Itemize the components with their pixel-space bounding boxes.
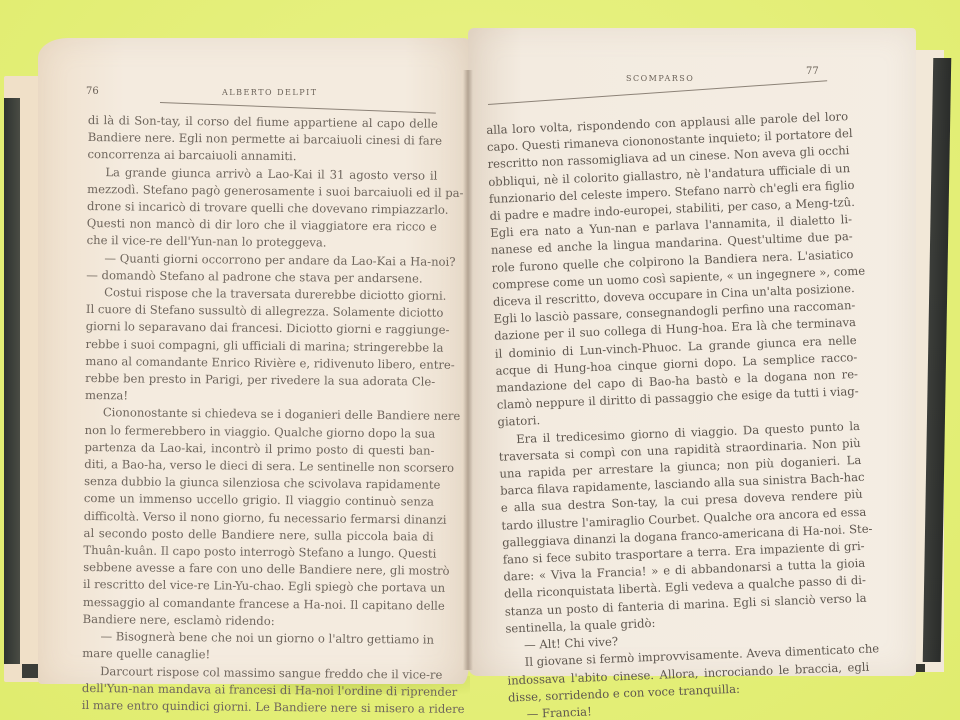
text-line: il mare entro quindici giorni. Le Bandie… — [82, 697, 432, 718]
right-running-head: SCOMPARSO — [626, 74, 694, 83]
left-running-head: ALBERTO DELPIT — [222, 88, 318, 97]
left-page-body: di là di Son-tay, il corso del fiume app… — [82, 112, 438, 718]
right-page-number: 77 — [806, 66, 819, 77]
book-gutter — [463, 70, 473, 670]
book-cover-left-binding — [4, 98, 20, 664]
right-page-body: alla loro volta, rispondendo con applaus… — [486, 108, 871, 720]
left-page-number: 76 — [86, 86, 99, 97]
